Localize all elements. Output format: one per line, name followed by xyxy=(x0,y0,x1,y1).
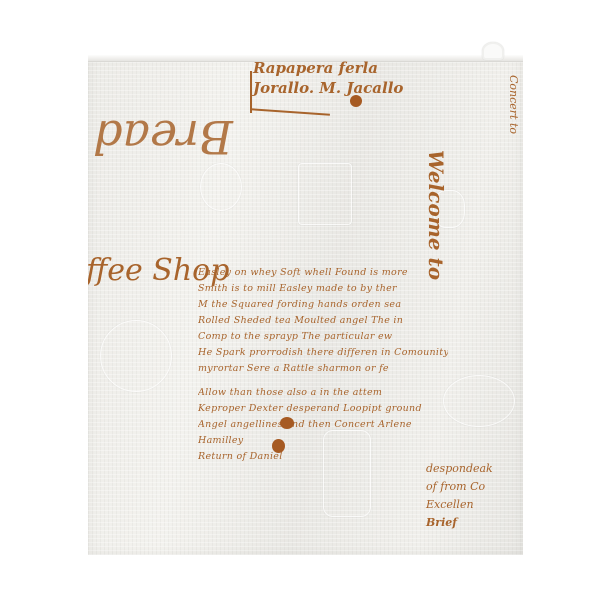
zipper-pull xyxy=(482,42,504,60)
ink-line xyxy=(250,71,252,113)
letter-line: Comp to the sprayp The particular ew xyxy=(198,329,448,345)
ink-blot-top xyxy=(350,95,362,107)
bottom-right-handwriting: despondeak of from Co Excellen Brief xyxy=(426,460,493,532)
letter-line: Keproper Dexter desperand Loopipt ground xyxy=(198,401,448,417)
top-handwriting: Rapapera ferla Jorallo. M. Jacallo xyxy=(253,58,403,98)
bread-calligraphy: Bread xyxy=(93,110,233,164)
ink-blot xyxy=(280,417,294,429)
letter-line: He Spark prorrodish there differen in Co… xyxy=(198,345,448,361)
right-vertical-calligraphy: Welcome to xyxy=(424,150,448,280)
letter-line: M the Squared fording hands orden sea xyxy=(198,297,448,313)
coffee-grinder-emboss xyxy=(298,163,352,225)
bottom-line: despondeak xyxy=(426,460,493,478)
letter-line: Easley on whey Soft whell Found is more xyxy=(198,265,448,281)
letter-line: Smith is to mill Easley made to by ther xyxy=(198,281,448,297)
ink-blot xyxy=(272,439,285,453)
bottom-line: of from Co xyxy=(426,478,493,496)
letter-line: myrortar Sere a Rattle sharmon or fe xyxy=(198,361,448,377)
pastry-emboss xyxy=(443,375,515,427)
zip-pouch: Bread ffee Shop Rapapera ferla Jorallo. … xyxy=(88,55,523,555)
letter-line: Hamilley xyxy=(198,433,448,449)
coffee-bean-emboss xyxy=(200,163,242,211)
bottom-line: Excellen xyxy=(426,496,493,514)
right-small-handwriting: Concert to xyxy=(507,75,520,134)
ink-underline xyxy=(250,108,330,116)
round-stamp-emboss xyxy=(100,320,172,392)
letter-line: Return of Daniel xyxy=(198,449,448,465)
handwritten-letter: Easley on whey Soft whell Found is more … xyxy=(198,265,448,465)
letter-line: Allow than those also a in the attem xyxy=(198,385,448,401)
top-line-2: Jorallo. M. Jacallo xyxy=(253,78,403,98)
bottom-line: Brief xyxy=(426,514,493,532)
letter-line: Angel angellines and then Concert Arlene xyxy=(198,417,448,433)
letter-line xyxy=(198,377,448,385)
letter-line: Rolled Sheded tea Moulted angel The in xyxy=(198,313,448,329)
top-line-1: Rapapera ferla xyxy=(253,58,403,78)
